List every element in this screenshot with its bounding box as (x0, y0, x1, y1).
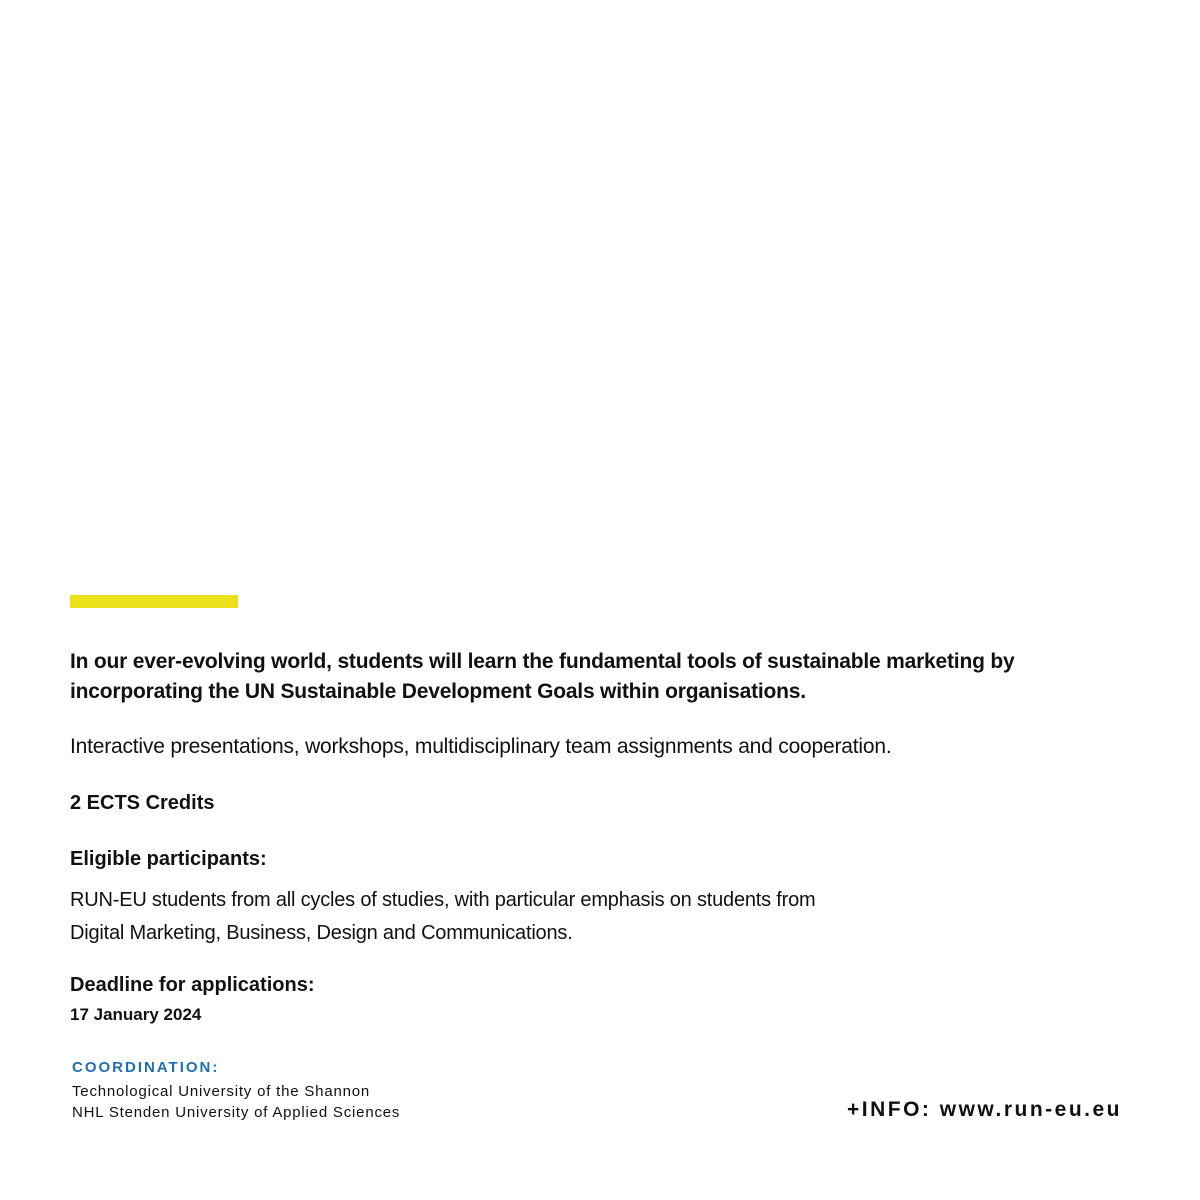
website-link[interactable]: www.run-eu.eu (940, 1098, 1122, 1121)
coordination-list: Technological University of the Shannon … (72, 1081, 400, 1123)
accent-bar (70, 595, 238, 608)
coordination-institution: NHL Stenden University of Applied Scienc… (72, 1102, 400, 1123)
eligible-participants-text: RUN-EU students from all cycles of studi… (70, 884, 1070, 950)
info-footer: +INFO: www.run-eu.eu (847, 1096, 1122, 1124)
coordination-institution: Technological University of the Shannon (72, 1081, 400, 1102)
intro-paragraph: In our ever-evolving world, students wil… (70, 647, 1150, 707)
deadline-date: 17 January 2024 (70, 1004, 201, 1026)
coordination-heading: COORDINATION: (72, 1058, 219, 1078)
methods-paragraph: Interactive presentations, workshops, mu… (70, 733, 1150, 761)
eligible-line: RUN-EU students from all cycles of studi… (70, 884, 1070, 917)
info-prefix: +INFO: (847, 1098, 940, 1121)
eligible-participants-heading: Eligible participants: (70, 846, 267, 872)
credits-label: 2 ECTS Credits (70, 790, 214, 816)
eligible-line: Digital Marketing, Business, Design and … (70, 917, 1070, 950)
deadline-heading: Deadline for applications: (70, 972, 314, 998)
